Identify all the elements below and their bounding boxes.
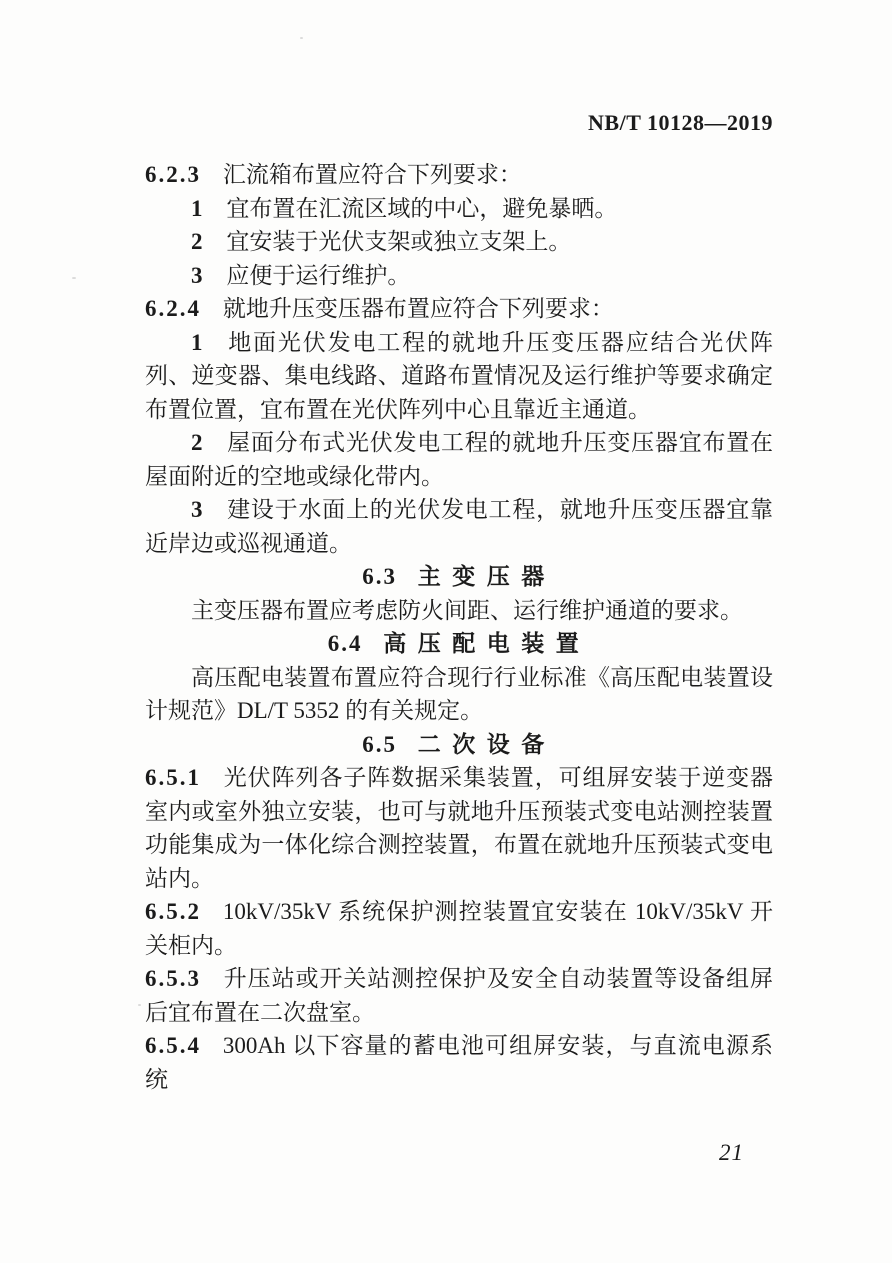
clause-paragraph: 6.5.3升压站或开关站测控保护及安全自动装置等设备组屏后宜布置在二次盘室。 (145, 962, 773, 1029)
document-page: NB/T 10128—2019 6.2.3汇流箱布置应符合下列要求：1宜布置在汇… (0, 0, 892, 1263)
clause-number: 6.5.1 (145, 765, 201, 790)
clause-number: 1 (191, 330, 205, 355)
clause-number: 6.5.3 (145, 966, 201, 991)
paragraph-text: 建设于水面上的光伏发电工程，就地升压变压器宜靠近岸边或巡视通道。 (145, 497, 773, 556)
scan-speck (72, 277, 76, 279)
clause-number: 3 (191, 497, 205, 522)
clause-number: 2 (191, 430, 205, 455)
section-number: 6.4 (328, 631, 363, 656)
section-heading: 6.3主变压器 (145, 560, 773, 594)
clause-number: 6.2.4 (145, 296, 201, 321)
clause-paragraph: 6.5.4300Ah 以下容量的蓄电池可组屏安装，与直流电源系统 (145, 1029, 773, 1096)
paragraph-text: 应便于运行维护。 (226, 263, 410, 288)
clause-number: 3 (191, 263, 205, 288)
section-title: 高压配电装置 (383, 631, 590, 656)
list-item: 2屋面分布式光伏发电工程的就地升压变压器宜布置在屋面附近的空地或绿化带内。 (145, 426, 773, 493)
list-item: 2宜安装于光伏支架或独立支架上。 (145, 225, 773, 259)
paragraph-text: 升压站或开关站测控保护及安全自动装置等设备组屏后宜布置在二次盘室。 (145, 966, 773, 1025)
clause-number: 2 (191, 229, 205, 254)
section-title: 主变压器 (418, 564, 556, 589)
paragraph-text: 屋面分布式光伏发电工程的就地升压变压器宜布置在屋面附近的空地或绿化带内。 (145, 430, 773, 489)
paragraph-text: 宜布置在汇流区域的中心，避免暴晒。 (226, 196, 617, 221)
clause-paragraph: 6.2.4就地升压变压器布置应符合下列要求： (145, 292, 773, 326)
document-content: 6.2.3汇流箱布置应符合下列要求：1宜布置在汇流区域的中心，避免暴晒。2宜安装… (145, 158, 773, 1096)
clause-number: 6.2.3 (145, 162, 201, 187)
clause-number: 6.5.2 (145, 899, 201, 924)
clause-paragraph: 6.2.3汇流箱布置应符合下列要求： (145, 158, 773, 192)
paragraph-text: 地面光伏发电工程的就地升压变压器应结合光伏阵列、逆变器、集电线路、道路布置情况及… (145, 330, 773, 422)
clause-paragraph: 6.5.210kV/35kV 系统保护测控装置宜安装在 10kV/35kV 开关… (145, 895, 773, 962)
paragraph-text: 就地升压变压器布置应符合下列要求： (223, 296, 614, 321)
list-item: 3建设于水面上的光伏发电工程，就地升压变压器宜靠近岸边或巡视通道。 (145, 493, 773, 560)
paragraph-text: 光伏阵列各子阵数据采集装置，可组屏安装于逆变器室内或室外独立安装，也可与就地升压… (145, 765, 773, 891)
paragraph-text: 10kV/35kV 系统保护测控装置宜安装在 10kV/35kV 开关柜内。 (145, 899, 773, 958)
section-number: 6.3 (362, 564, 397, 589)
paragraph-text: 宜安装于光伏支架或独立支架上。 (226, 229, 571, 254)
body-paragraph: 高压配电装置布置应符合现行行业标准《高压配电装置设计规范》DL/T 5352 的… (145, 661, 773, 728)
body-paragraph: 主变压器布置应考虑防火间距、运行维护通道的要求。 (145, 594, 773, 628)
paragraph-text: 主变压器布置应考虑防火间距、运行维护通道的要求。 (191, 598, 743, 623)
section-title: 二次设备 (418, 732, 556, 757)
section-heading: 6.5二次设备 (145, 728, 773, 762)
running-header: NB/T 10128—2019 (145, 110, 773, 136)
page-number: 21 (719, 1140, 744, 1166)
list-item: 3应便于运行维护。 (145, 259, 773, 293)
paragraph-text: 高压配电装置布置应符合现行行业标准《高压配电装置设计规范》DL/T 5352 的… (145, 665, 773, 724)
clause-paragraph: 6.5.1光伏阵列各子阵数据采集装置，可组屏安装于逆变器室内或室外独立安装，也可… (145, 761, 773, 895)
scan-speck (138, 1004, 141, 1006)
paragraph-text: 300Ah 以下容量的蓄电池可组屏安装，与直流电源系统 (145, 1033, 773, 1092)
scan-speck (300, 37, 303, 39)
list-item: 1宜布置在汇流区域的中心，避免暴晒。 (145, 192, 773, 226)
list-item: 1地面光伏发电工程的就地升压变压器应结合光伏阵列、逆变器、集电线路、道路布置情况… (145, 326, 773, 427)
clause-number: 6.5.4 (145, 1033, 201, 1058)
clause-number: 1 (191, 196, 205, 221)
paragraph-text: 汇流箱布置应符合下列要求： (223, 162, 522, 187)
section-heading: 6.4高压配电装置 (145, 627, 773, 661)
section-number: 6.5 (362, 732, 397, 757)
